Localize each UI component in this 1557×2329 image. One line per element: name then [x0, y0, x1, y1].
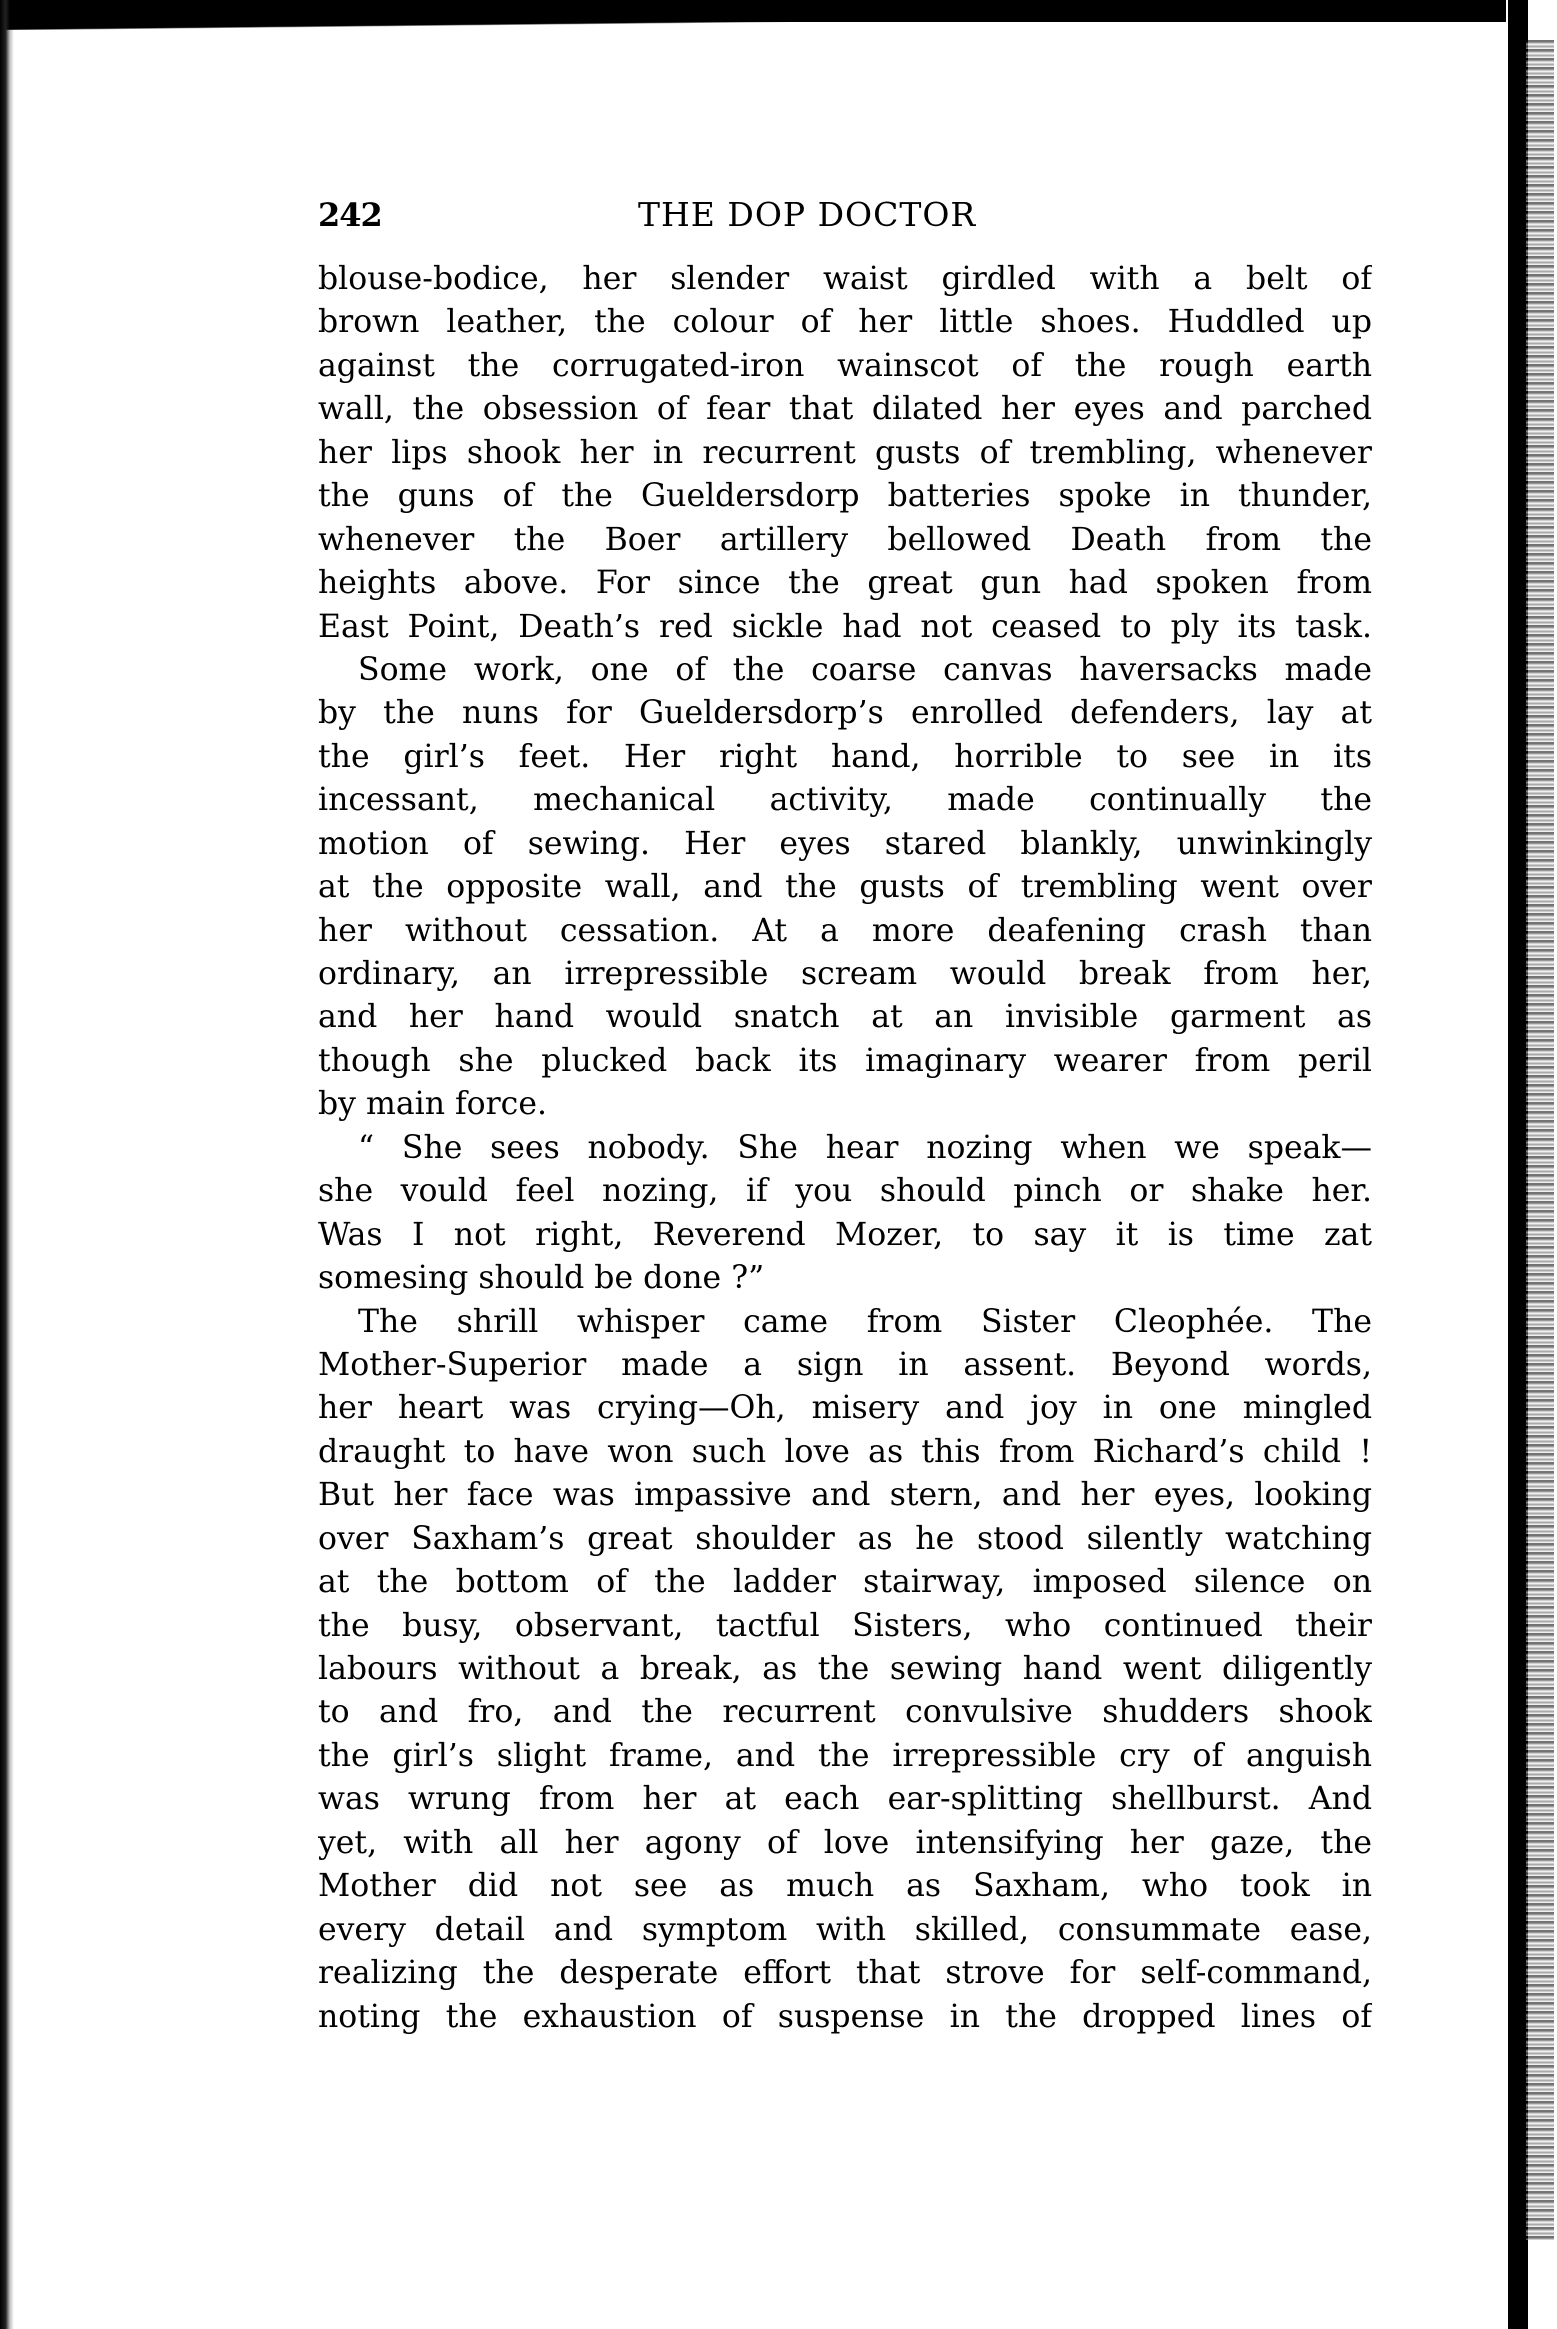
text-line: her without cessation. At a more deafeni…	[318, 910, 1372, 953]
text-line: over Saxham’s great shoulder as he stood…	[318, 1518, 1372, 1561]
text-line: though she plucked back its imaginary we…	[318, 1040, 1372, 1083]
text-line: Mother-Superior made a sign in assent. B…	[318, 1344, 1372, 1387]
text-line: to and fro, and the recurrent convulsive…	[318, 1691, 1372, 1734]
text-line: against the corrugated-iron wainscot of …	[318, 345, 1372, 388]
scan-border-right	[1506, 0, 1557, 2329]
text-line-paragraph-start: Some work, one of the coarse canvas have…	[318, 649, 1372, 692]
text-line: the girl’s feet. Her right hand, horribl…	[318, 736, 1372, 779]
text-line: at the opposite wall, and the gusts of t…	[318, 866, 1372, 909]
running-title: THE DOP DOCTOR	[638, 193, 976, 237]
text-line: the busy, observant, tactful Sisters, wh…	[318, 1605, 1372, 1648]
text-line: incessant, mechanical activity, made con…	[318, 779, 1372, 822]
running-head: 242 THE DOP DOCTOR	[318, 193, 1372, 237]
scan-border-top-skew	[0, 14, 1510, 30]
text-line: yet, with all her agony of love intensif…	[318, 1822, 1372, 1865]
scan-edge-noise	[1526, 40, 1554, 2240]
text-line: labours without a break, as the sewing h…	[318, 1648, 1372, 1691]
text-line: by the nuns for Gueldersdorp’s enrolled …	[318, 692, 1372, 735]
text-line: realizing the desperate effort that stro…	[318, 1952, 1372, 1995]
text-line: East Point, Death’s red sickle had not c…	[318, 606, 1372, 649]
text-line: every detail and symptom with skilled, c…	[318, 1909, 1372, 1952]
text-line: her heart was crying—Oh, misery and joy …	[318, 1387, 1372, 1430]
text-line: she vould feel nozing, if you should pin…	[318, 1170, 1372, 1213]
text-line: wall, the obsession of fear that dilated…	[318, 388, 1372, 431]
text-line: ordinary, an irrepressible scream would …	[318, 953, 1372, 996]
page-number: 242	[318, 193, 382, 237]
text-line: whenever the Boer artillery bellowed Dea…	[318, 519, 1372, 562]
text-line: But her face was impassive and stern, an…	[318, 1474, 1372, 1517]
text-line: noting the exhaustion of suspense in the…	[318, 1996, 1372, 2039]
text-line-paragraph-start: The shrill whisper came from Sister Cleo…	[318, 1301, 1372, 1344]
text-line: motion of sewing. Her eyes stared blankl…	[318, 823, 1372, 866]
text-line: Was I not right, Reverend Mozer, to say …	[318, 1214, 1372, 1257]
text-line: her lips shook her in recurrent gusts of…	[318, 432, 1372, 475]
text-line-paragraph-end: somesing should be done ?”	[318, 1257, 1372, 1300]
text-line: heights above. For since the great gun h…	[318, 562, 1372, 605]
text-line: brown leather, the colour of her little …	[318, 301, 1372, 344]
text-line: the girl’s slight frame, and the irrepre…	[318, 1735, 1372, 1778]
text-line: was wrung from her at each ear-splitting…	[318, 1778, 1372, 1821]
text-line: blouse-bodice, her slender waist girdled…	[318, 258, 1372, 301]
text-line: draught to have won such love as this fr…	[318, 1431, 1372, 1474]
body-text: blouse-bodice, her slender waist girdled…	[318, 258, 1372, 2039]
text-line: at the bottom of the ladder stairway, im…	[318, 1561, 1372, 1604]
scan-border-left	[0, 0, 14, 2329]
text-line: Mother did not see as much as Saxham, wh…	[318, 1865, 1372, 1908]
text-line-paragraph-start: “ She sees nobody. She hear nozing when …	[318, 1127, 1372, 1170]
text-line: the guns of the Gueldersdorp batteries s…	[318, 475, 1372, 518]
text-line-paragraph-end: by main force.	[318, 1083, 1372, 1126]
text-line: and her hand would snatch at an invisibl…	[318, 996, 1372, 1039]
scan-gutter-shadow	[1508, 0, 1528, 2329]
